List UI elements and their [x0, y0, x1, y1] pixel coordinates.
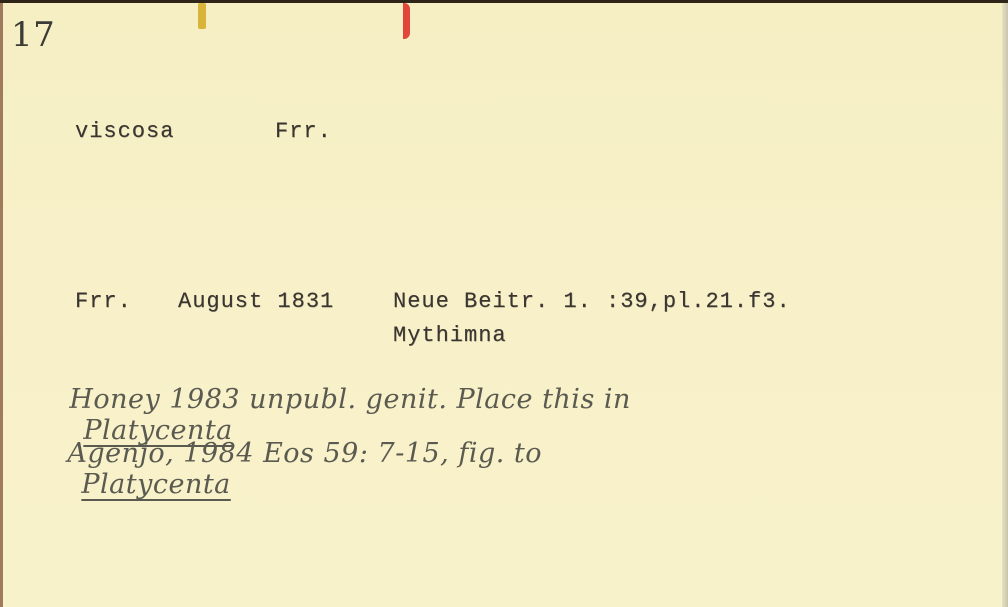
citation-date: August 1831	[178, 289, 334, 314]
genus-name: Mythimna	[393, 323, 507, 348]
red-tab-marker	[403, 3, 410, 39]
handwritten-note-2: Agenjo, 1984 Eos 59: 7-15, fig. to Platy…	[31, 407, 542, 531]
species-author: Frr.	[275, 119, 332, 144]
citation-author: Frr.	[75, 289, 132, 314]
note-2-text: Agenjo, 1984 Eos 59: 7-15, fig. to	[67, 438, 542, 469]
species-name: viscosa	[75, 119, 174, 144]
note-2-genus: Platycenta	[81, 469, 230, 500]
card-number: 17	[11, 15, 55, 55]
citation-reference: Neue Beitr. 1. :39,pl.21.f3.	[393, 289, 791, 314]
yellow-tab-marker	[198, 3, 206, 29]
index-card: 17 viscosa Frr. Frr. August 1831 Neue Be…	[0, 3, 1002, 607]
